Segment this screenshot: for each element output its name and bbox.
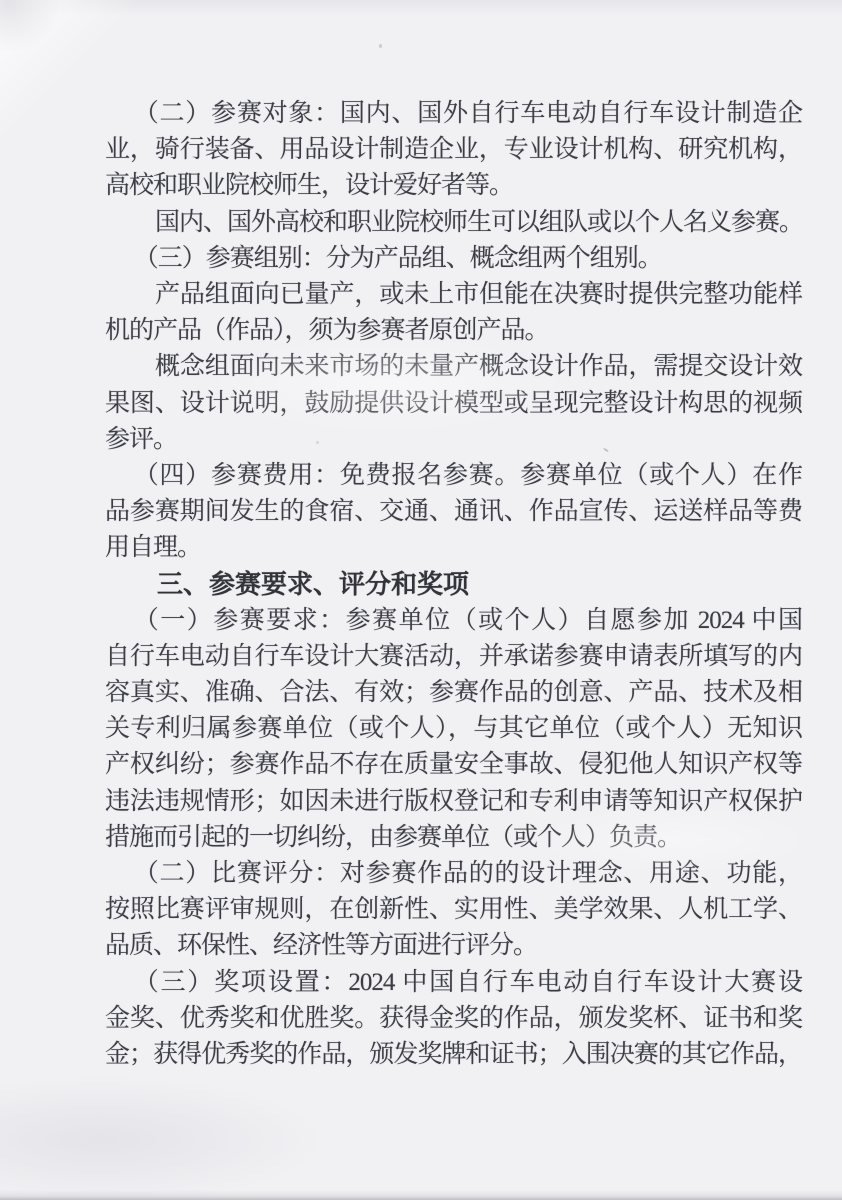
scanned-document-page: （二）参赛对象：国内、国外自行车电动自行车设计制造企业，骑行装备、用品设计制造企… [0, 0, 842, 1200]
text-line: 果图、设计说明，鼓励提供设计模型或呈现完整设计构思的视频 [105, 386, 802, 422]
text-line: 用自理。 [105, 530, 802, 566]
text-line: 参评。 [105, 422, 802, 458]
text-line: 品质、环保性、经济性等方面进行评分。 [105, 928, 802, 964]
text-line: 概念组面向未来市场的未量产概念设计作品，需提交设计效 [105, 349, 802, 385]
section-heading: 三、参赛要求、评分和奖项 [105, 566, 802, 602]
text-line: 关专利归属参赛单位（或个人），与其它单位（或个人）无知识 [105, 711, 802, 747]
text-line: 措施而引起的一切纠纷，由参赛单位（或个人）负责。 [105, 820, 802, 856]
text-line: 按照比赛评审规则，在创新性、实用性、美学效果、人机工学、 [105, 892, 802, 928]
text-line: （三）参赛组别：分为产品组、概念组两个组别。 [105, 241, 802, 277]
document-text-column: （二）参赛对象：国内、国外自行车电动自行车设计制造企业，骑行装备、用品设计制造企… [105, 96, 802, 1073]
text-line: 品参赛期间发生的食宿、交通、通讯、作品宣传、运送样品等费 [105, 494, 802, 530]
text-line: 国内、国外高校和职业院校师生可以组队或以个人名义参赛。 [105, 205, 802, 241]
text-line: （三）奖项设置：2024 中国自行车电动自行车设计大赛设 [105, 965, 802, 1001]
text-line: （一）参赛要求：参赛单位（或个人）自愿参加 2024 中国 [105, 603, 802, 639]
text-line: 业，骑行装备、用品设计制造企业，专业设计机构、研究机构， [105, 132, 802, 168]
text-line: （二）参赛对象：国内、国外自行车电动自行车设计制造企 [105, 96, 802, 132]
text-line: 违法违规情形；如因未进行版权登记和专利申请等知识产权保护 [105, 784, 802, 820]
text-line: 金奖、优秀奖和优胜奖。获得金奖的作品，颁发奖杯、证书和奖 [105, 1001, 802, 1037]
text-line: （四）参赛费用：免费报名参赛。参赛单位（或个人）在作 [105, 458, 802, 494]
text-line: 产权纠纷；参赛作品不存在质量安全事故、侵犯他人知识产权等 [105, 747, 802, 783]
text-line: 金；获得优秀奖的作品，颁发奖牌和证书；入围决赛的其它作品， [105, 1037, 802, 1073]
text-line: 自行车电动自行车设计大赛活动，并承诺参赛申请表所填写的内 [105, 639, 802, 675]
text-line: 产品组面向已量产，或未上市但能在决赛时提供完整功能样 [105, 277, 802, 313]
text-line: 高校和职业院校师生，设计爱好者等。 [105, 168, 802, 204]
dust-speck [379, 44, 382, 48]
text-line: 机的产品（作品），须为参赛者原创产品。 [105, 313, 802, 349]
text-line: （二）比赛评分：对参赛作品的的设计理念、用途、功能， [105, 856, 802, 892]
text-line: 容真实、准确、合法、有效；参赛作品的创意、产品、技术及相 [105, 675, 802, 711]
